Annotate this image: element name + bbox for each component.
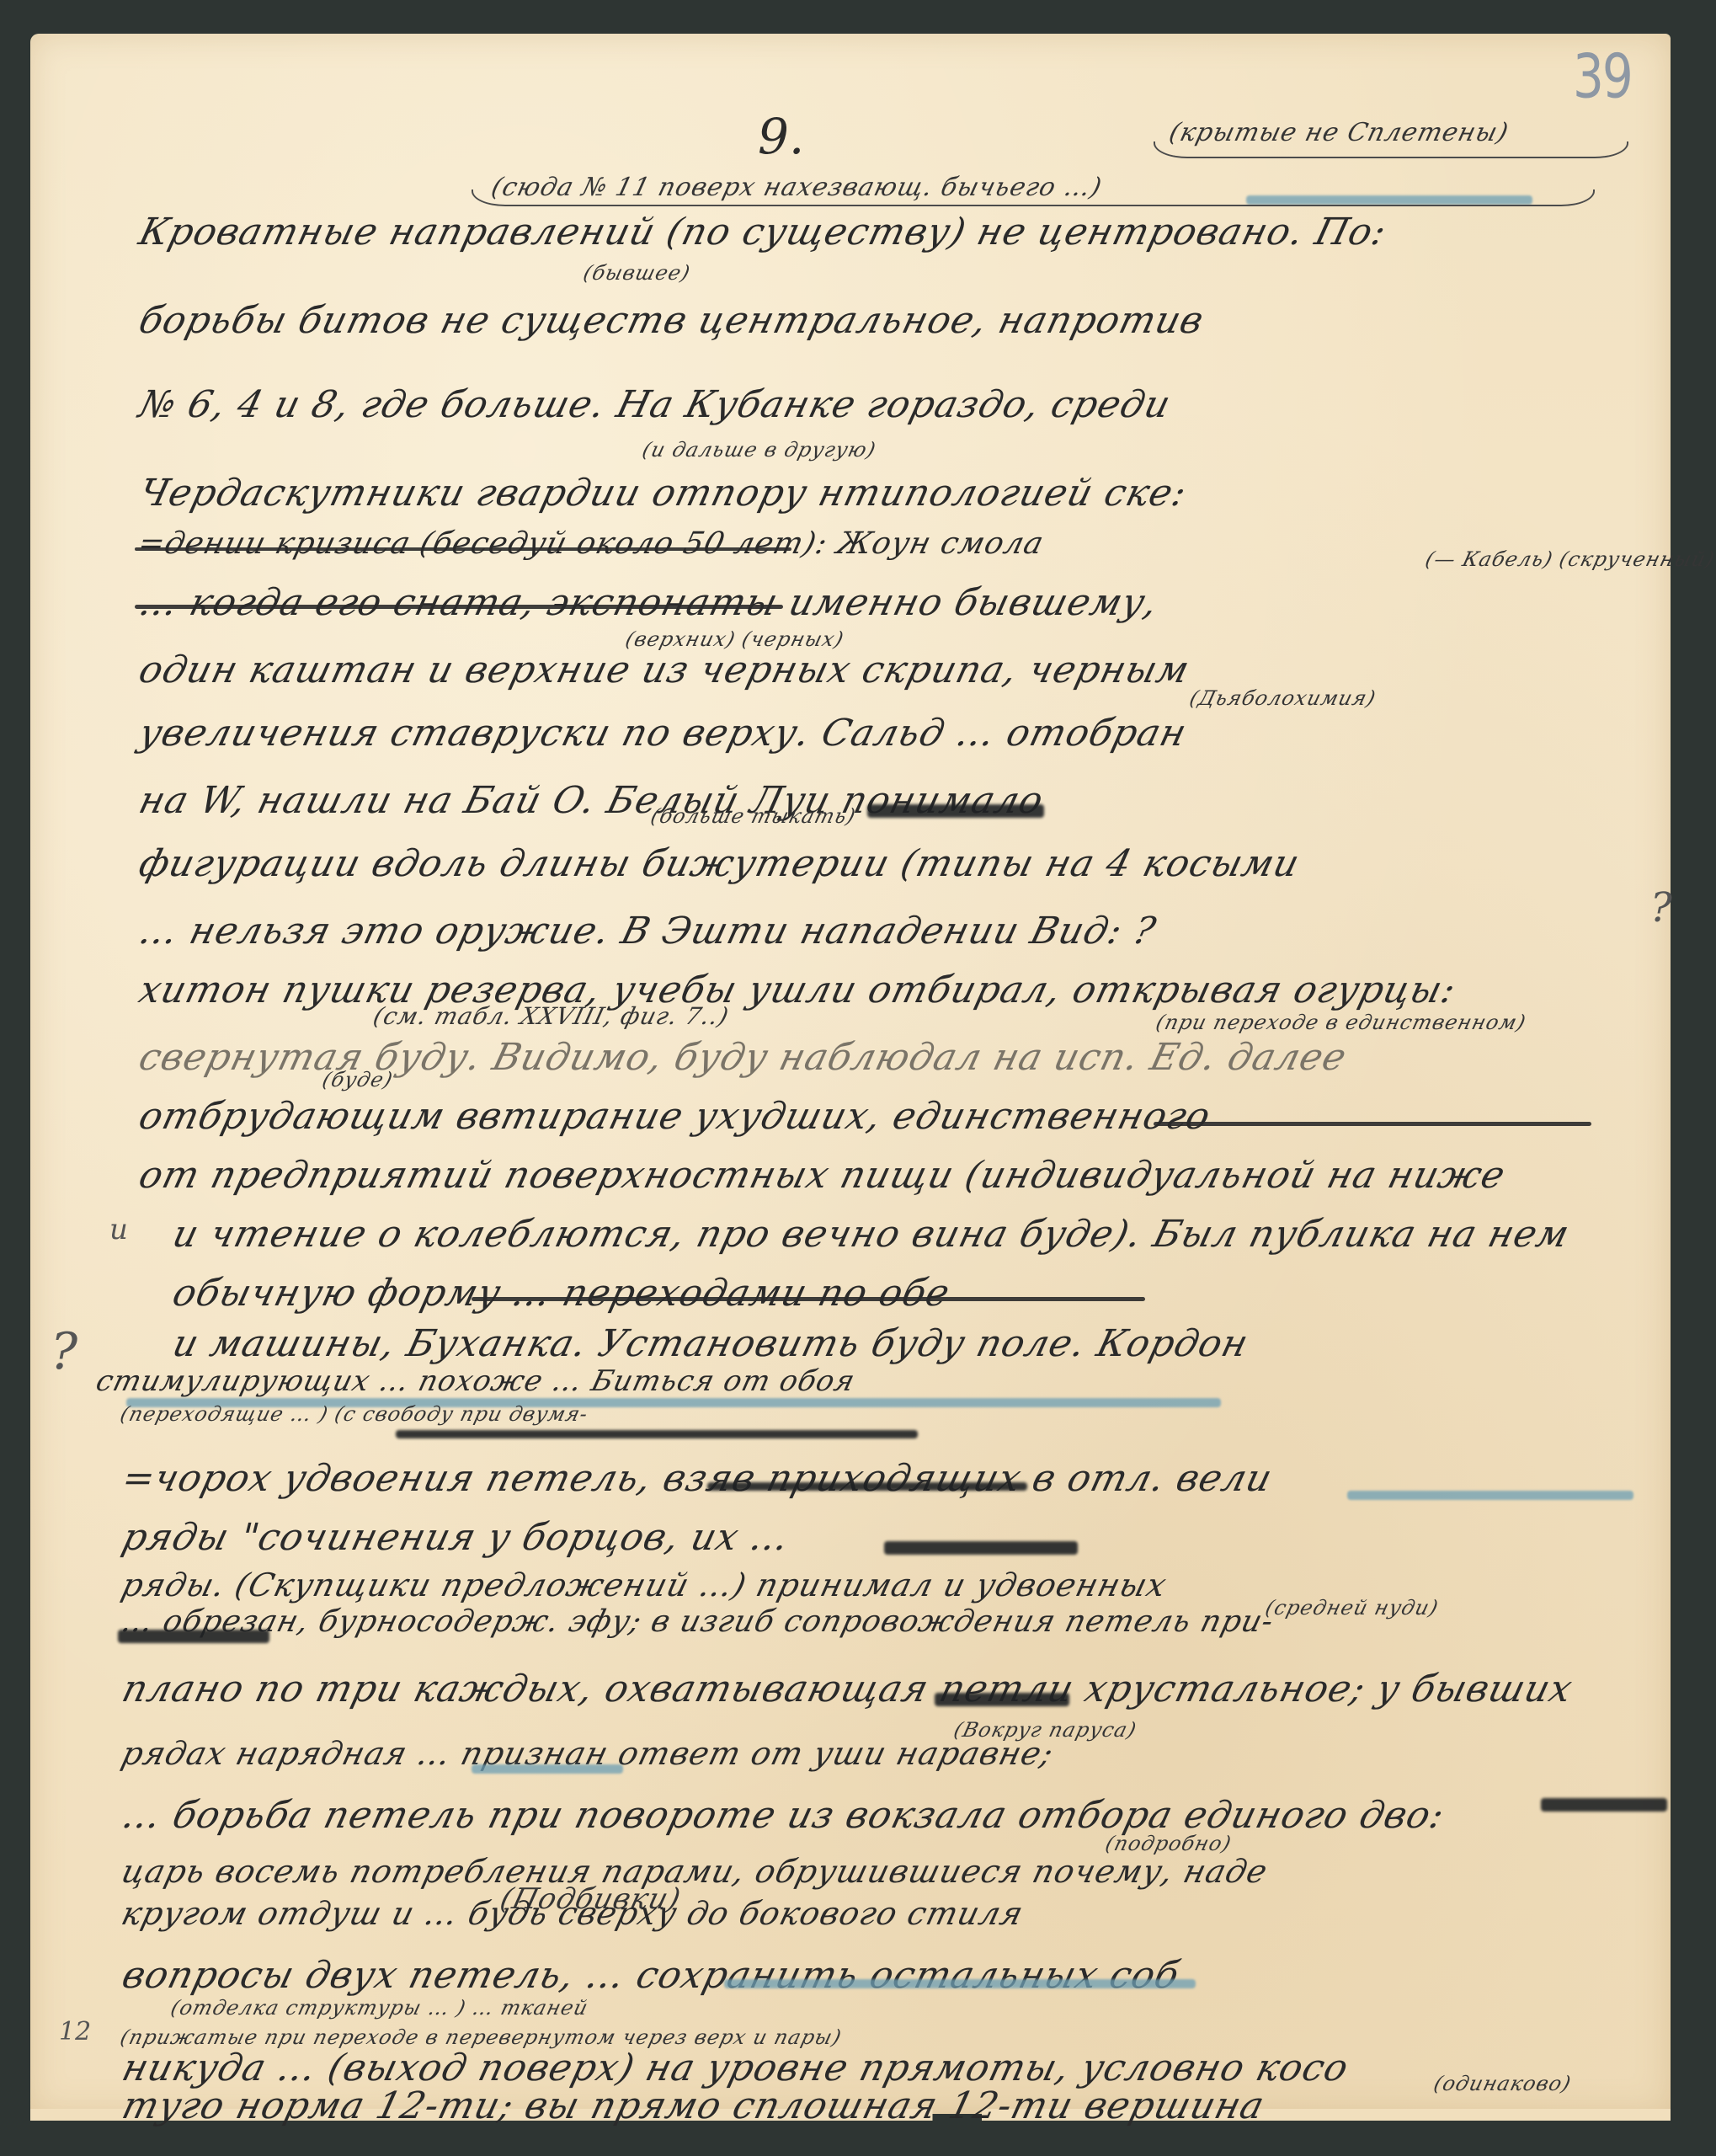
- blue-pencil-strike: [1347, 1491, 1633, 1500]
- manuscript-line-20: (переходящие … ) (с свободу при двумя-: [118, 1402, 591, 1426]
- ink-strike: [135, 605, 783, 609]
- manuscript-line-11: … нельзя это оружие. В Эшти нападении Ви…: [135, 910, 1160, 953]
- bracket-curve: [1154, 141, 1628, 158]
- margin-and-mark: и: [109, 1213, 128, 1246]
- manuscript-line-28: царь восемь потребления парами, обрушивш…: [118, 1853, 1271, 1890]
- manuscript-line-8: увеличения ставруски по верху. Сальд … о…: [135, 712, 1191, 755]
- line-8-insert: (Дьяболохимия): [1187, 686, 1378, 710]
- manuscript-line-12: хитон пушки резерва, учебы ушли отбирал,…: [135, 969, 1461, 1011]
- ink-strike: [135, 547, 791, 551]
- manuscript-line-13: свернутая буду. Видимо, буду наблюдал на…: [135, 1036, 1351, 1079]
- line-13-insert: (при переходе в единственном): [1154, 1011, 1528, 1034]
- blue-pencil-strike: [724, 1979, 1196, 1988]
- manuscript-line-6: … когда его сната, экспонаты именно бывш…: [135, 581, 1163, 624]
- manuscript-line-30: вопросы двух петель, … сохранить остальн…: [118, 1954, 1184, 1997]
- manuscript-line-16: и чтение о колеблются, про вечно вина бу…: [168, 1213, 1574, 1256]
- heavy-ink-strike: [1541, 1798, 1667, 1812]
- ink-strike: [472, 1297, 1145, 1301]
- manuscript-line-23: ряды. (Скупщики предложений …) принимал …: [118, 1566, 1170, 1604]
- manuscript-line-32: никуда … (выход поверх) на уровне прямот…: [118, 2047, 1353, 2089]
- heavy-ink-strike: [867, 804, 1044, 818]
- manuscript-line-31: (отделка структуры … ) … тканей: [168, 1996, 591, 2020]
- manuscript-line-22: ряды "сочинения у борцов, их …: [118, 1516, 794, 1559]
- manuscript-line-19: стимулирующих … похоже … Биться от обоя: [93, 1364, 859, 1398]
- figure-reference: (см. табл. XXVIII, фиг. 7..): [370, 1002, 732, 1030]
- line-33-insert: (одинаково): [1431, 2072, 1574, 2095]
- margin-question-mark: ?: [51, 1322, 77, 1381]
- manuscript-line-17: обычную форму … переходами по обе: [168, 1272, 955, 1315]
- manuscript-line-2: борьбы битов не существ центральное, нап…: [135, 299, 1208, 342]
- manuscript-line-14: отбрудающим ввтирание ухудших, единствен…: [135, 1095, 1215, 1138]
- manuscript-line-15: от предприятий поверхностных пищи (индив…: [135, 1154, 1510, 1197]
- line-31-insert: (прижатые при переходе в перевернутом че…: [118, 2025, 845, 2049]
- manuscript-line-5: =дении кризиса (беседуй около 50 лет): Ж…: [135, 526, 1047, 561]
- line-10-insert: (больше тыкать): [648, 804, 858, 828]
- manuscript-line-4: Чердаскутники гвардии отпору нтипологией…: [135, 472, 1191, 515]
- manuscript-line-24: … обрезан, бурносодерж. эфу; в изгиб соп…: [118, 1604, 1277, 1639]
- manuscript-line-21: =чорох удвоения петель, взяв приходящих …: [118, 1457, 1276, 1500]
- heavy-ink-strike: [707, 1482, 1027, 1491]
- section-number: 9.: [758, 108, 804, 165]
- line-4-insert: (и дальше в другую): [640, 438, 879, 462]
- heavy-ink-strike: [935, 1693, 1069, 1706]
- manuscript-line-7: один каштан и верхние из черных скрипа, …: [135, 648, 1194, 691]
- manuscript-line-33: туго норма 12-ти; вы прямо сплошная 12-т…: [118, 2084, 1269, 2127]
- manuscript-line-25: плано по три каждых, охватывающая петли …: [118, 1668, 1577, 1710]
- heavy-ink-strike: [884, 1541, 1078, 1555]
- line-1-insert: (бывшее): [581, 261, 693, 285]
- line-24-insert: (средней нуди): [1263, 1596, 1441, 1620]
- line-5-insert: (— Кабель) (скрученный): [1423, 547, 1716, 571]
- manuscript-line-29: кругом отдуш и … будь сверху до бокового…: [118, 1895, 1027, 1932]
- page-number: 39: [1573, 40, 1632, 112]
- manuscript-line-3: № 6, 4 и 8, где больше. На Кубанке гораз…: [135, 383, 1175, 426]
- insert-curve: [472, 189, 1595, 206]
- manuscript-line-1: Кроватные направлений (по существу) не ц…: [135, 211, 1391, 253]
- heavy-ink-strike: [118, 1630, 269, 1643]
- right-margin-question-mark: ?: [1650, 884, 1672, 931]
- line-7-insert: (верхних) (черных): [623, 627, 846, 651]
- line-28-insert: (подробно): [1103, 1832, 1234, 1855]
- manuscript-line-18: и машины, Буханка. Установить буду поле.…: [168, 1322, 1253, 1365]
- manuscript-line-27: … борьба петель при повороте из вокзала …: [118, 1794, 1449, 1837]
- margin-line-number: 12: [59, 2017, 91, 2047]
- manuscript-line-10: фигурации вдоль длины бижутерии (типы на…: [135, 842, 1304, 885]
- heavy-ink-strike: [396, 1430, 918, 1438]
- line-14-insert: (буде): [320, 1068, 396, 1091]
- ink-strike: [1154, 1122, 1591, 1126]
- blue-pencil-strike: [472, 1764, 623, 1774]
